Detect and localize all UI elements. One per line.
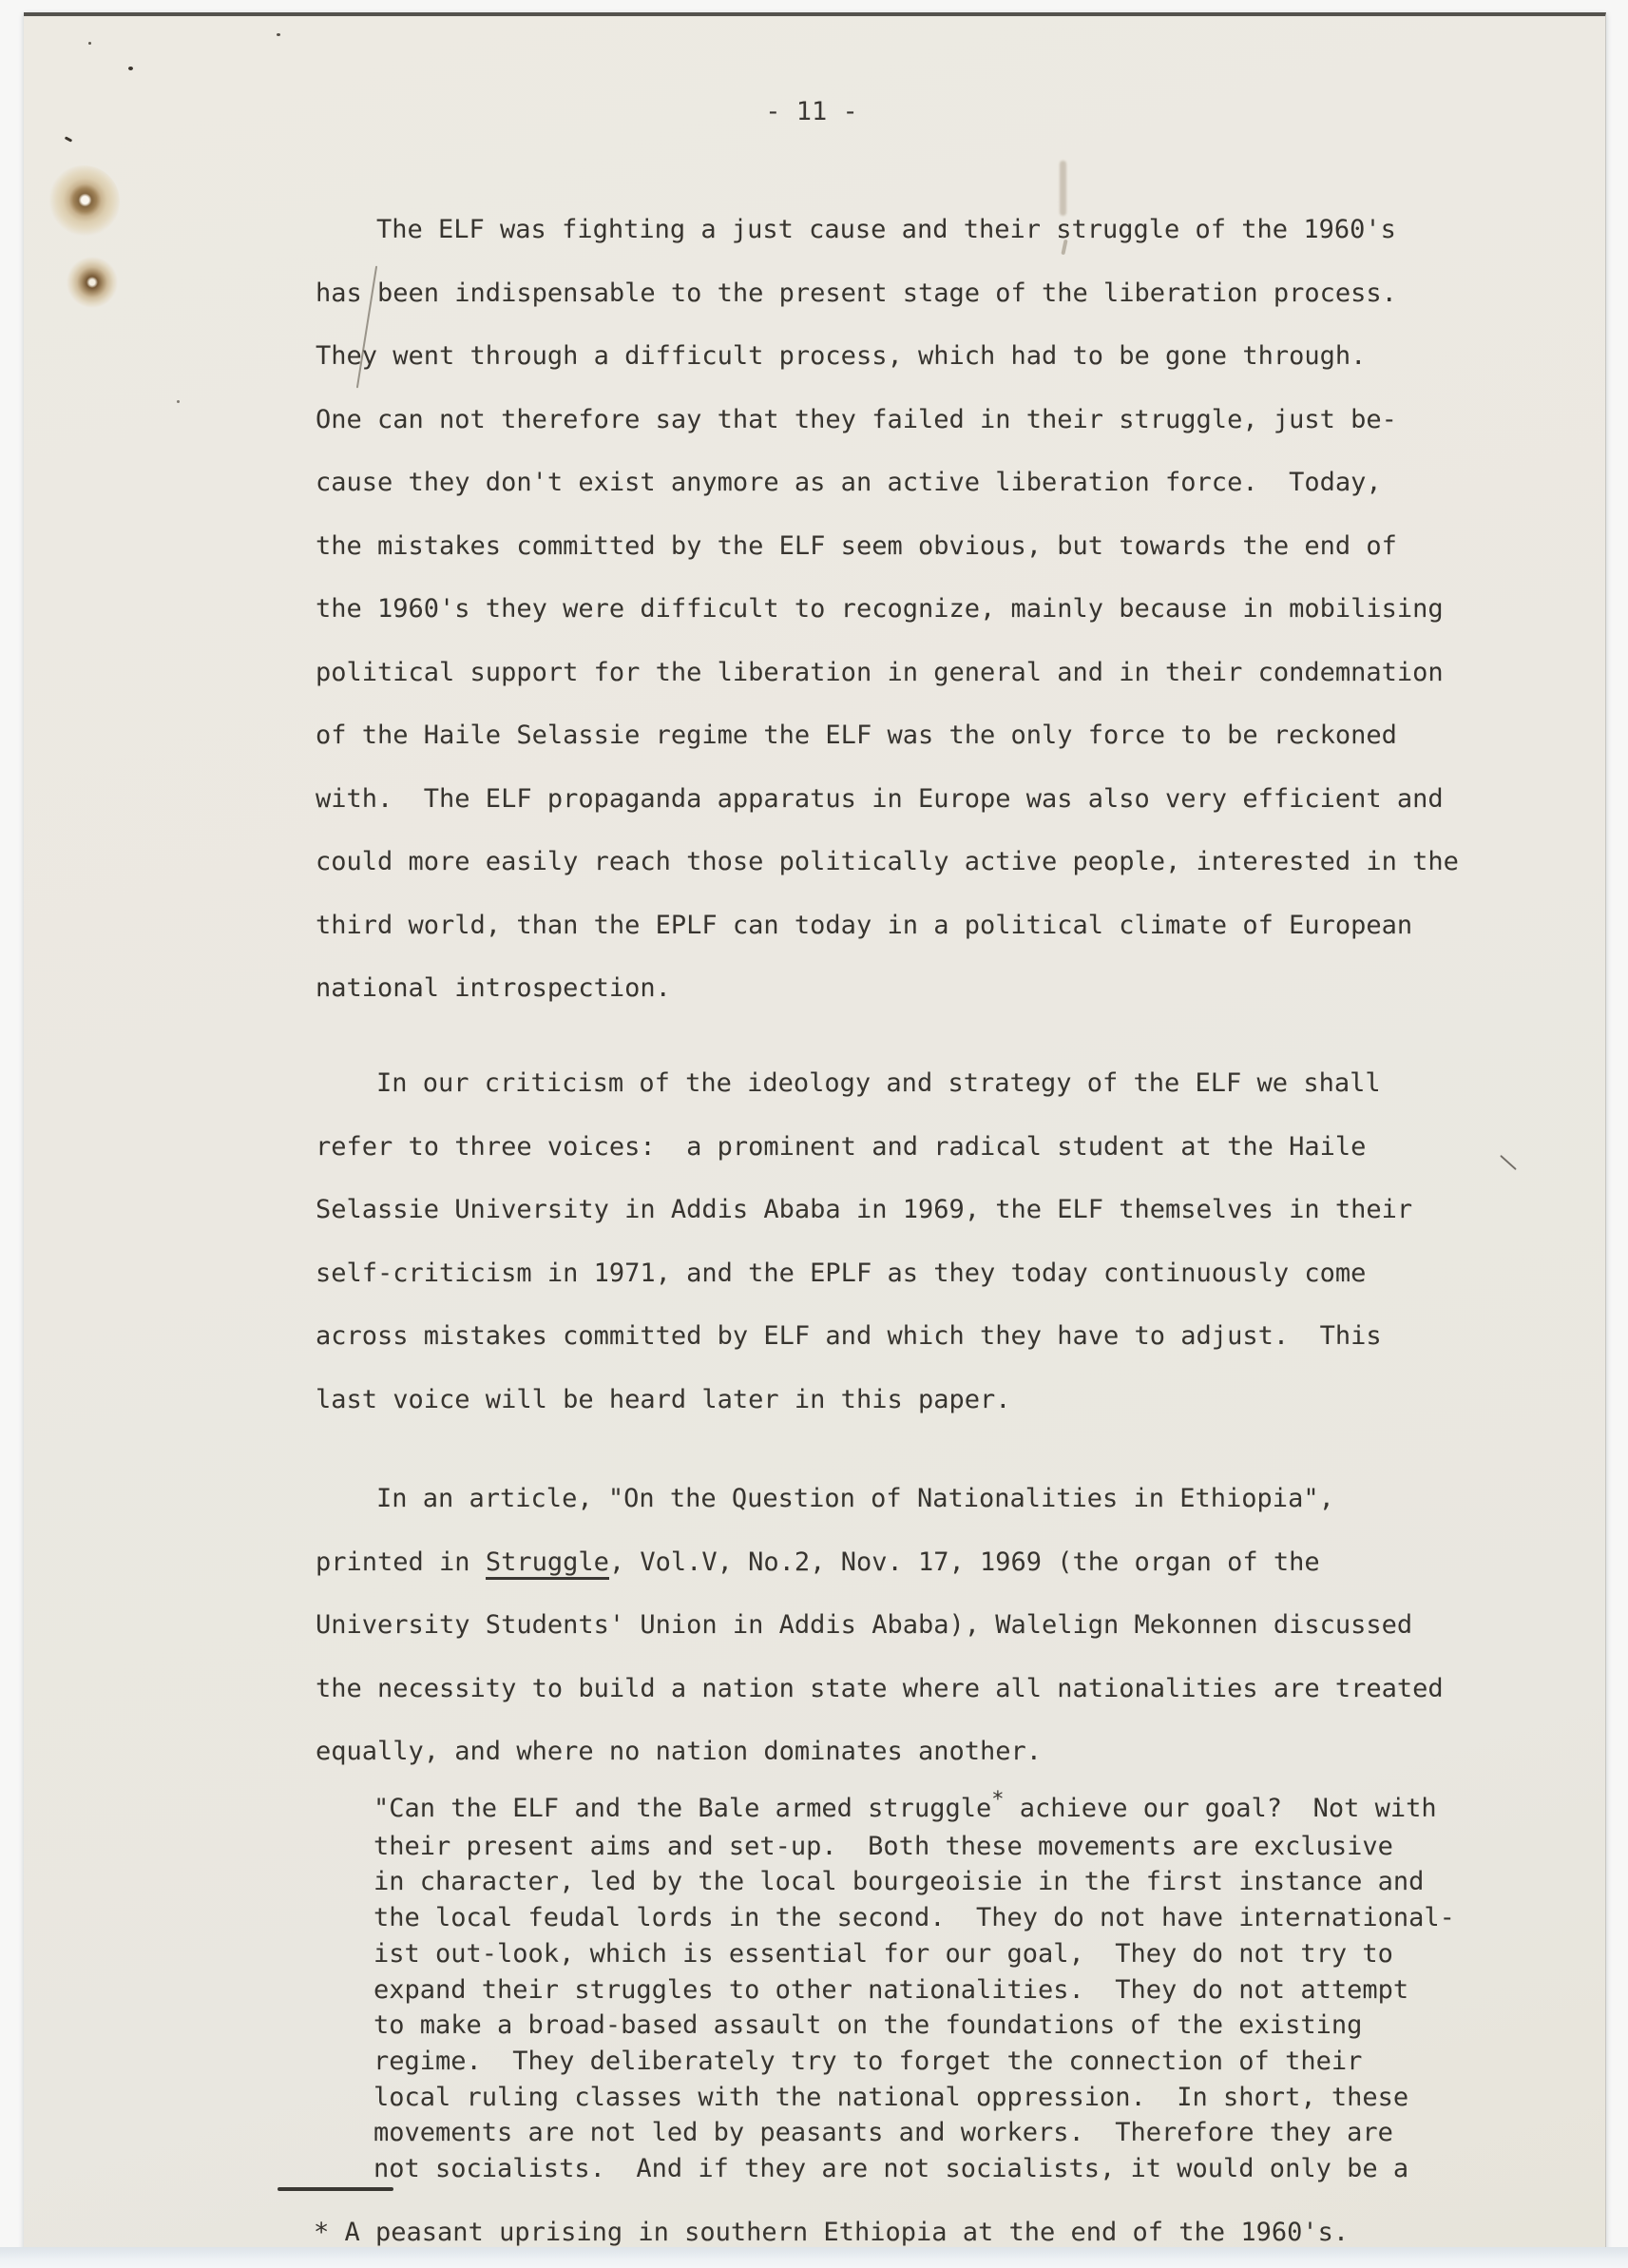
stain-mark-small	[67, 257, 118, 308]
stain-mark-large	[48, 165, 120, 238]
text-line: national introspection.	[316, 957, 1459, 1021]
text-line: to make a broad-based assault on the fou…	[373, 2008, 1455, 2044]
text-line: ist out-look, which is essential for our…	[373, 1936, 1455, 1972]
block-quote: "Can the ELF and the Bale armed struggle…	[373, 1791, 1455, 2187]
text-line: local ruling classes with the national o…	[373, 2080, 1455, 2116]
paragraph-3: In an article, "On the Question of Natio…	[316, 1468, 1444, 1784]
text-line: political support for the liberation in …	[316, 642, 1459, 705]
text-segment: with. The ELF propaganda apparatus in Eu…	[316, 784, 1444, 814]
text-line: regime. They deliberately try to forget …	[373, 2044, 1455, 2080]
footnote-asterisk: *	[991, 1788, 1004, 1812]
text-segment: political support for the liberation in …	[316, 658, 1444, 687]
text-segment: , Vol.V, No.2, Nov. 17, 1969 (the organ …	[609, 1547, 1320, 1577]
text-segment: the 1960's they were difficult to recogn…	[316, 594, 1444, 624]
text-line: "Can the ELF and the Bale armed struggle…	[373, 1791, 1455, 1829]
paper-speck	[177, 400, 180, 403]
text-segment: across mistakes committed by ELF and whi…	[316, 1321, 1382, 1351]
text-segment: local ruling classes with the national o…	[373, 2083, 1408, 2112]
text-line: One can not therefore say that they fail…	[316, 389, 1459, 452]
text-segment: The ELF was fighting a just cause and th…	[376, 215, 1396, 244]
text-line: the mistakes committed by the ELF seem o…	[316, 515, 1459, 579]
text-line: their present aims and set-up. Both thes…	[373, 1829, 1455, 1865]
text-line: the local feudal lords in the second. Th…	[373, 1900, 1455, 1936]
text-segment: In an article, "On the Question of Natio…	[376, 1484, 1334, 1513]
text-line: movements are not led by peasants and wo…	[373, 2115, 1455, 2151]
scanner-edge	[0, 2247, 1628, 2268]
text-segment: cause they don't exist anymore as an act…	[316, 468, 1382, 497]
text-segment: expand their struggles to other national…	[373, 1975, 1408, 2005]
text-line: with. The ELF propaganda apparatus in Eu…	[316, 768, 1459, 832]
page-number: - 11 -	[740, 94, 883, 130]
text-segment: the local feudal lords in the second. Th…	[373, 1903, 1455, 1932]
text-segment: Selassie University in Addis Ababa in 19…	[316, 1195, 1412, 1224]
scanned-page: - 11 - The ELF was fighting a just cause…	[0, 0, 1628, 2268]
text-line: equally, and where no nation dominates a…	[316, 1720, 1444, 1784]
text-segment: They went through a difficult process, w…	[316, 341, 1366, 371]
text-line: has been indispensable to the present st…	[316, 262, 1459, 326]
text-line: In our criticism of the ideology and str…	[316, 1052, 1412, 1116]
text-line: cause they don't exist anymore as an act…	[316, 452, 1459, 515]
text-segment: not socialists. And if they are not soci…	[373, 2154, 1408, 2183]
footnote-separator	[278, 2187, 393, 2191]
text-segment: University Students' Union in Addis Abab…	[316, 1610, 1412, 1640]
document-page: - 11 - The ELF was fighting a just cause…	[24, 12, 1606, 2254]
text-line: University Students' Union in Addis Abab…	[316, 1594, 1444, 1658]
text-segment: ist out-look, which is essential for our…	[373, 1939, 1393, 1969]
text-segment: equally, and where no nation dominates a…	[316, 1737, 1042, 1766]
pen-tick-mark	[1500, 1155, 1517, 1170]
paper-speck	[277, 33, 280, 36]
text-segment: One can not therefore say that they fail…	[316, 405, 1397, 434]
text-segment: In our criticism of the ideology and str…	[376, 1068, 1381, 1098]
paragraph-1: The ELF was fighting a just cause and th…	[316, 199, 1459, 1021]
text-segment: refer to three voices: a prominent and r…	[316, 1132, 1366, 1162]
paragraph-2: In our criticism of the ideology and str…	[316, 1052, 1412, 1432]
footnote: * A peasant uprising in southern Ethiopi…	[314, 2215, 1349, 2251]
text-segment: to make a broad-based assault on the fou…	[373, 2010, 1362, 2040]
text-line: In an article, "On the Question of Natio…	[316, 1468, 1444, 1531]
text-segment: could more easily reach those politicall…	[316, 847, 1459, 876]
text-line: refer to three voices: a prominent and r…	[316, 1116, 1412, 1180]
text-segment: their present aims and set-up. Both thes…	[373, 1832, 1393, 1861]
text-line: third world, than the EPLF can today in …	[316, 894, 1459, 958]
text-segment: "Can the ELF and the Bale armed struggle	[373, 1794, 991, 1823]
text-line: of the Haile Selassie regime the ELF was…	[316, 704, 1459, 768]
paper-speck	[88, 42, 91, 45]
text-line: last voice will be heard later in this p…	[316, 1369, 1412, 1432]
text-segment: national introspection.	[316, 973, 671, 1003]
text-segment: in character, led by the local bourgeois…	[373, 1867, 1424, 1896]
text-line: printed in Struggle, Vol.V, No.2, Nov. 1…	[316, 1531, 1444, 1595]
text-segment: printed in	[316, 1547, 486, 1577]
text-segment: regime. They deliberately try to forget …	[373, 2047, 1362, 2076]
text-segment: last voice will be heard later in this p…	[316, 1385, 1011, 1414]
text-segment: achieve our goal? Not with	[1004, 1794, 1436, 1823]
text-segment: has been indispensable to the present st…	[316, 279, 1397, 308]
text-segment: the mistakes committed by the ELF seem o…	[316, 531, 1397, 561]
text-line: The ELF was fighting a just cause and th…	[316, 199, 1459, 262]
text-line: not socialists. And if they are not soci…	[373, 2151, 1455, 2187]
text-segment: movements are not led by peasants and wo…	[373, 2118, 1393, 2147]
text-line: the 1960's they were difficult to recogn…	[316, 578, 1459, 642]
text-line: the necessity to build a nation state wh…	[316, 1658, 1444, 1721]
text-segment: the necessity to build a nation state wh…	[316, 1674, 1444, 1703]
text-segment: third world, than the EPLF can today in …	[316, 911, 1412, 940]
text-segment: of the Haile Selassie regime the ELF was…	[316, 721, 1397, 750]
text-segment: self-criticism in 1971, and the EPLF as …	[316, 1259, 1366, 1288]
paper-speck	[128, 67, 133, 70]
paper-speck	[65, 136, 72, 142]
text-line: across mistakes committed by ELF and whi…	[316, 1305, 1412, 1369]
text-line: Selassie University in Addis Ababa in 19…	[316, 1179, 1412, 1242]
text-line: self-criticism in 1971, and the EPLF as …	[316, 1242, 1412, 1306]
text-line: They went through a difficult process, w…	[316, 325, 1459, 389]
text-line: expand their struggles to other national…	[373, 1972, 1455, 2009]
text-line: could more easily reach those politicall…	[316, 831, 1459, 894]
underlined-text: Struggle	[486, 1547, 609, 1580]
text-line: in character, led by the local bourgeois…	[373, 1864, 1455, 1900]
